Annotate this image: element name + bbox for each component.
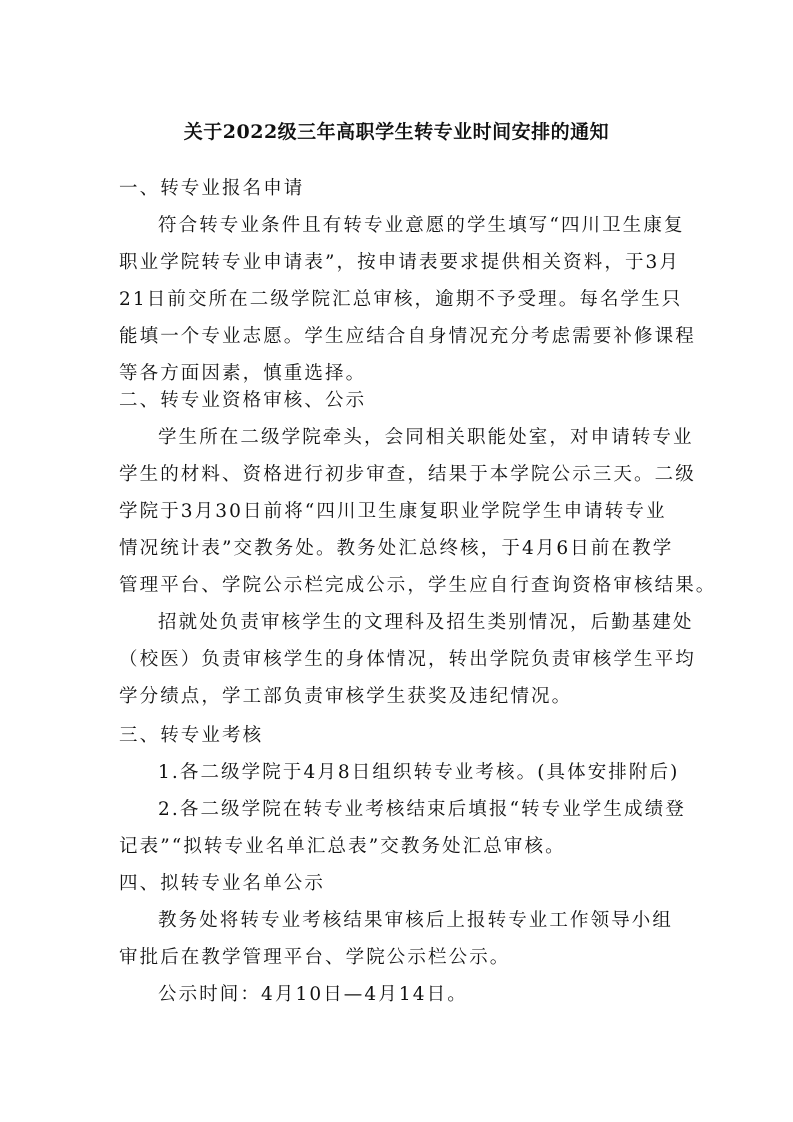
- paragraph-line: 等各方面因素，慎重选择。: [119, 362, 679, 386]
- paragraph-line: 职业学院转专业申请表”，按申请表要求提供相关资料，于3月: [119, 251, 679, 275]
- section-heading-2: 二、转专业资格审核、公示: [119, 389, 679, 413]
- paragraph-line: 1.各二级学院于4月8日组织转专业考核。(具体安排附后): [158, 761, 679, 785]
- paragraph-line: 记表”“拟转专业名单汇总表”交教务处汇总审核。: [119, 835, 679, 859]
- paragraph-line: 学院于3月30日前将“四川卫生康复职业学院学生申请转专业: [119, 500, 679, 524]
- paragraph-line: 能填一个专业志愿。学生应结合自身情况充分考虑需要补修课程: [119, 325, 679, 349]
- paragraph-line: 2.各二级学院在转专业考核结束后填报“转专业学生成绩登: [158, 798, 679, 822]
- paragraph-line: 公示时间：4月10日—4月14日。: [158, 983, 679, 1007]
- paragraph-line: 招就处负责审核学生的文理科及招生类别情况，后勤基建处: [158, 611, 679, 635]
- paragraph-line: 学分绩点，学工部负责审核学生获奖及违纪情况。: [119, 685, 679, 709]
- paragraph-line: 21日前交所在二级学院汇总审核，逾期不予受理。每名学生只: [119, 288, 679, 312]
- paragraph-line: 审批后在教学管理平台、学院公示栏公示。: [119, 946, 679, 970]
- document-title: 关于2022级三年高职学生转专业时间安排的通知: [0, 117, 793, 144]
- paragraph-line: 教务处将转专业考核结果审核后上报转专业工作领导小组: [158, 909, 679, 933]
- section-heading-4: 四、拟转专业名单公示: [119, 872, 679, 896]
- section-heading-3: 三、转专业考核: [119, 724, 679, 748]
- paragraph-line: （校医）负责审核学生的身体情况，转出学院负责审核学生平均: [119, 648, 679, 672]
- paragraph-line: 学生所在二级学院牵头，会同相关职能处室，对申请转专业: [158, 426, 679, 450]
- paragraph-line: 学生的材料、资格进行初步审查，结果于本学院公示三天。二级: [119, 463, 679, 487]
- paragraph-line: 情况统计表”交教务处。教务处汇总终核，于4月6日前在教学: [119, 537, 679, 561]
- section-heading-1: 一、转专业报名申请: [119, 177, 679, 201]
- paragraph-line: 管理平台、学院公示栏完成公示，学生应自行查询资格审核结果。: [119, 574, 679, 598]
- paragraph-line: 符合转专业条件且有转专业意愿的学生填写“四川卫生康复: [158, 214, 679, 238]
